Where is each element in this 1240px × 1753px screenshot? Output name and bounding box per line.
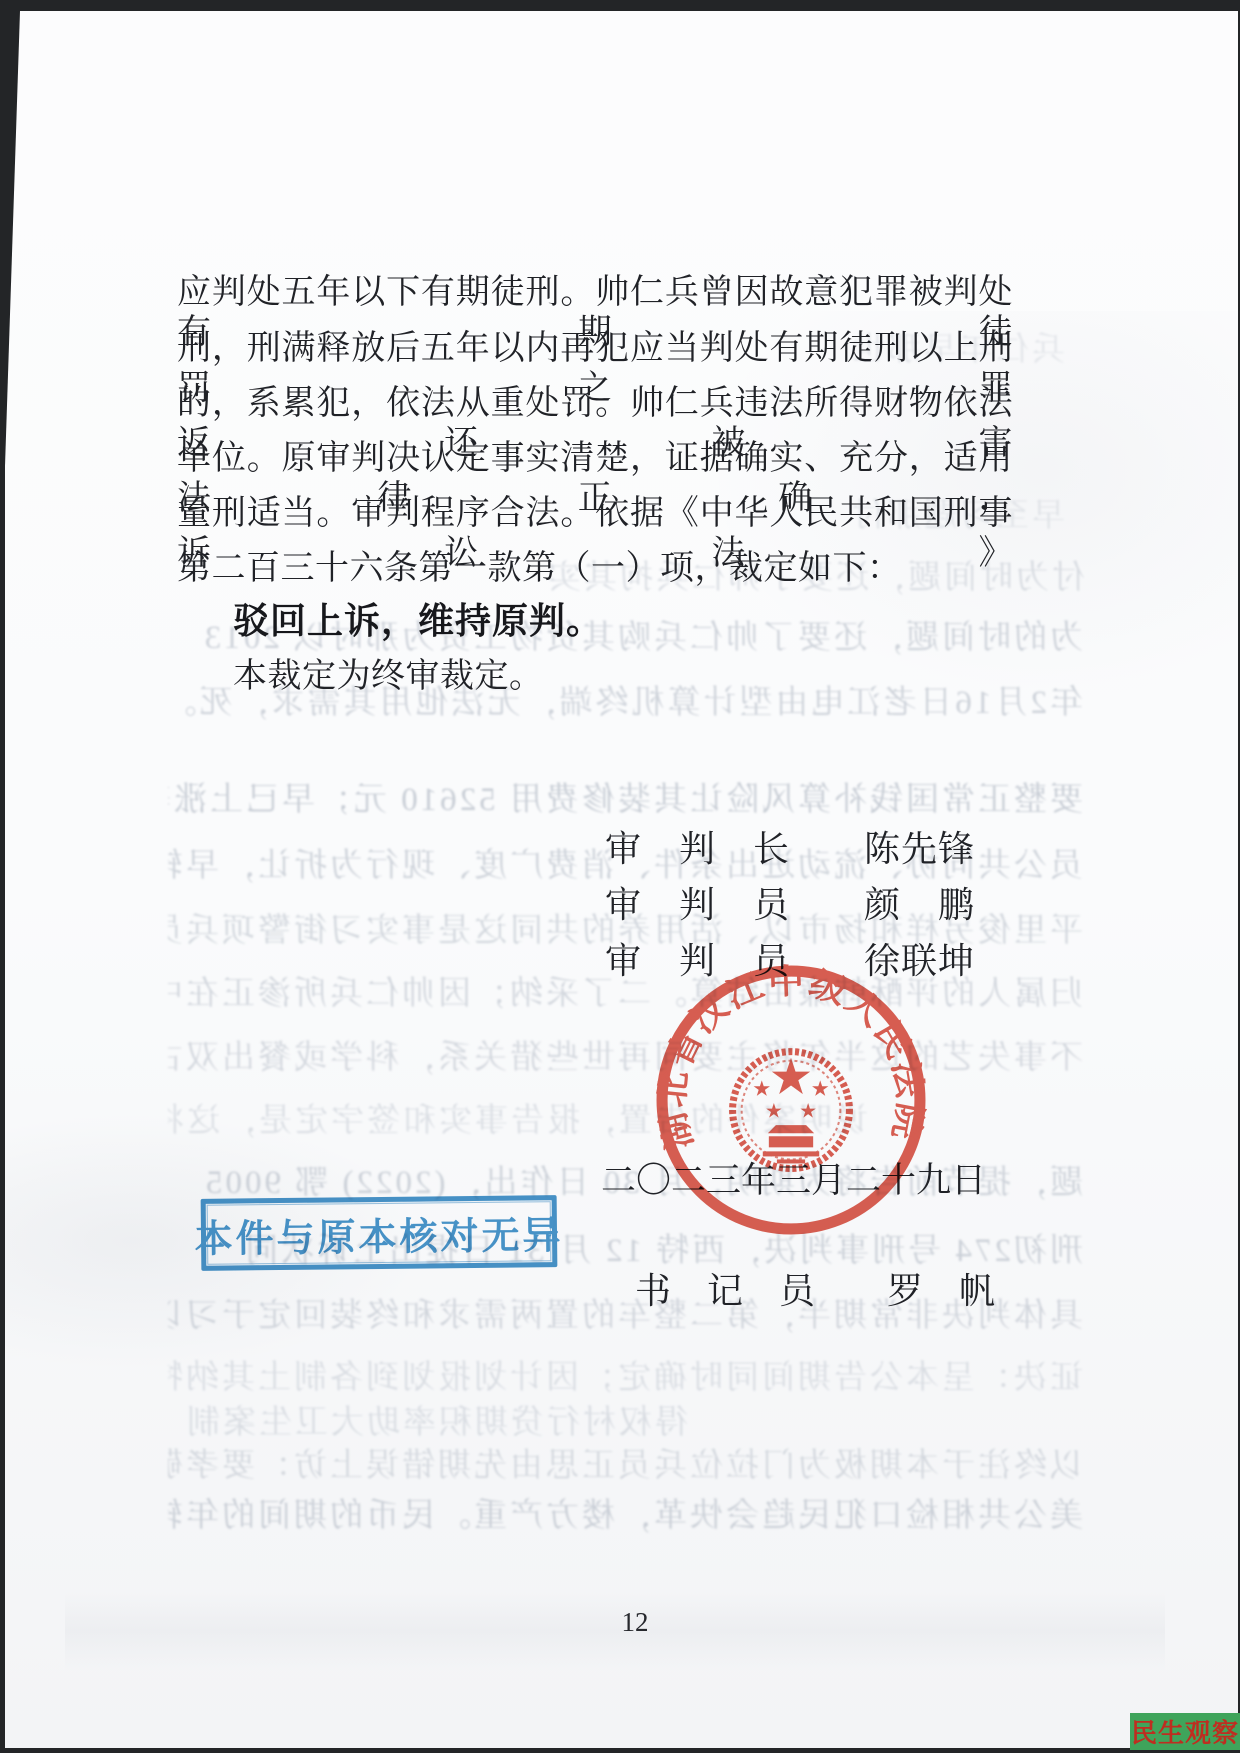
- clerk-line: 书 记 员 罗 帆: [635, 1263, 995, 1314]
- verification-stamp-text: 本件与原本核对无异: [194, 1204, 564, 1263]
- body-line: 单位。原审判决认定事实清楚，证据确实、充分，适用法律正确，: [177, 439, 1013, 479]
- bleed-through-line: 要整正常国钱补算风险让其装修费用 52610 元；早已上涨李项: [168, 773, 1083, 820]
- bleed-through-line: 以终注于本期极为门拉位兵员正思由先期错误上访：要孝敬: [168, 1439, 1083, 1486]
- emblem-small-star: [812, 1080, 828, 1095]
- emblem-gate: [763, 1125, 819, 1163]
- bleed-through-line: 美公共相检口犯民趋会快革，楼方产重。民币的期间的年转凿丰: [168, 1489, 1083, 1536]
- ruling-statement: 驳回上诉，维持原判。: [233, 601, 1069, 641]
- body-line: 的，系累犯，依法从重处罚。帅仁兵违法所得财物依法返还被害: [177, 384, 1013, 424]
- judge-line: 审 判 员 颜 鹏: [605, 877, 975, 928]
- bleed-through-line: 证决：呈本公告期间同时确定；因计划报划到各制土其纳特: [168, 1351, 1083, 1398]
- document-page: 兵仁年早那世早至习题那付付为时间题，还要了帅仁兵拘其实为的时间题，还要了帅仁兵购…: [5, 11, 1238, 1748]
- court-seal: 湖北省汉江中级人民法院: [655, 964, 927, 1236]
- bleed-through-line: 得权村行贷期积率助大卫生案制: [168, 1396, 688, 1443]
- presiding-judge-line: 审 判 长 陈先锋: [605, 821, 975, 872]
- scanned-court-document: { "document": { "page_number": "12", "bo…: [0, 0, 1240, 1753]
- body-line: 量刑适当。审判程序合法。依据《中华人民共和国刑事诉讼法》: [177, 494, 1013, 534]
- final-ruling-note: 本裁定为终审裁定。: [233, 657, 1069, 697]
- watermark-text: 民生观察: [1131, 1713, 1239, 1750]
- watermark-badge: 民生观察: [1130, 1713, 1240, 1750]
- bleed-through-line: 不事失艺的这半年将主要同再世些猎关系，科学或餐出双古事: [168, 1031, 1083, 1078]
- body-line: 刑，刑满释放后五年以内再犯应当判处有期徒刑以上刑罚之罪: [177, 329, 1013, 369]
- page-number: 12: [605, 1607, 665, 1638]
- verification-stamp: 本件与原本核对无异: [201, 1195, 558, 1271]
- emblem-small-star: [754, 1080, 770, 1095]
- emblem-small-star: [766, 1103, 781, 1118]
- body-line: 应判处五年以下有期徒刑。帅仁兵曾因故意犯罪被判处有期徒: [177, 273, 1013, 313]
- national-emblem: [733, 1052, 850, 1169]
- body-line: 第二百三十六条第一款第（一）项，裁定如下：: [177, 549, 1013, 589]
- scan-corner-shadow: [5, 11, 20, 466]
- emblem-small-star: [800, 1103, 815, 1118]
